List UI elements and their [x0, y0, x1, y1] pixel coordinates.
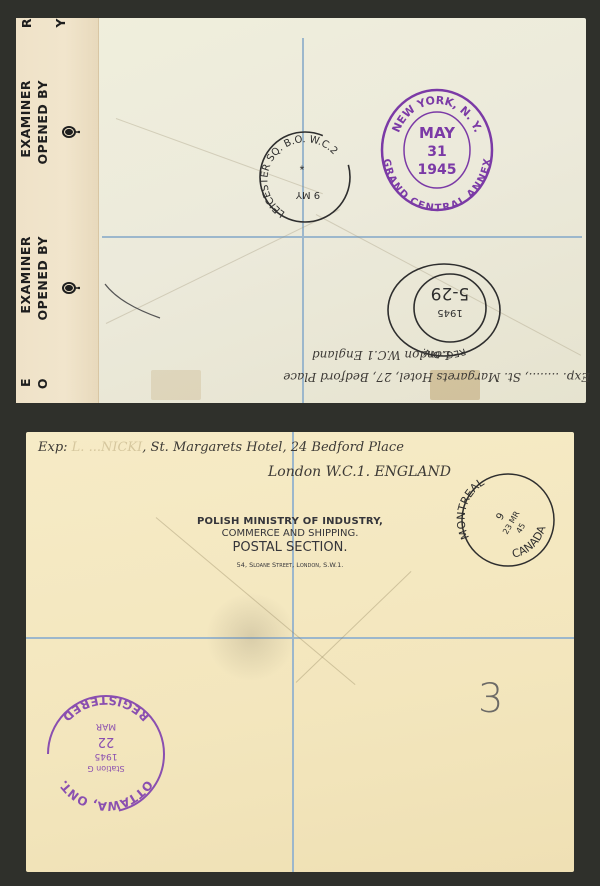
handwriting-line1: Exp. ........, St. Margarets Hotel, 27, …: [283, 370, 590, 384]
svg-text:REGISTERED: REGISTERED: [60, 693, 153, 724]
ministry-imprint: POLISH MINISTRY OF INDUSTRY, COMMERCE AN…: [170, 516, 410, 569]
pencil-number: 3: [478, 676, 503, 722]
censor-label-examiner: EXAMINER: [19, 80, 33, 158]
crown-icon: [58, 120, 80, 142]
svg-text:MONTREAL: MONTREAL: [455, 475, 488, 541]
postmark-ottawa-registered: OTTAWA, ONT. REGISTERED Station G 1945 2…: [44, 692, 168, 816]
censor-fragment: O: [36, 378, 50, 389]
sender-line1: , St. Margarets Hotel, 24 Bedford Place: [142, 440, 404, 455]
flap-shadow: [206, 592, 296, 682]
crown-icon: [58, 276, 80, 298]
ottawa-arc2: REGISTERED: [60, 693, 153, 724]
brooklyn-year: 1945: [437, 307, 462, 318]
pencil-mark: [100, 274, 170, 324]
ottawa-station: Station G: [87, 764, 124, 773]
ny-day: 31: [427, 144, 446, 160]
handwritten-return-address-top: Exp. ........, St. Margarets Hotel, 27, …: [90, 340, 540, 384]
censor-fragment: E: [19, 378, 33, 387]
ny-year: 1945: [418, 162, 457, 178]
censor-label-examiner: EXAMINER: [19, 236, 33, 314]
sender-handwriting-line2: London W.C.1. ENGLAND: [268, 464, 451, 480]
imprint-line3: POSTAL SECTION.: [170, 540, 410, 555]
montreal-arc: MONTREAL: [455, 475, 488, 541]
sender-prefix: Exp:: [38, 440, 68, 455]
montreal-hour: 9: [495, 511, 508, 522]
leicester-star: *: [300, 163, 305, 177]
imprint-line2: COMMERCE AND SHIPPING.: [170, 528, 410, 539]
svg-text:OTTAWA, ONT.: OTTAWA, ONT.: [56, 778, 155, 814]
imprint-line4: 54, Sloane Street, London, S.W.1.: [170, 561, 410, 569]
montreal-year: 45: [514, 522, 527, 535]
ottawa-day: 22: [98, 734, 115, 749]
ottawa-year: 1945: [95, 751, 118, 761]
handwriting-line2: London W.C.1 England: [312, 348, 450, 362]
postmark-new-york: NEW YORK, N. Y. GRAND CENTRAL ANNEX MAY …: [380, 88, 494, 212]
sender-name-faded: L. ...NICKI: [72, 440, 143, 455]
imprint-line1: POLISH MINISTRY OF INDUSTRY,: [170, 516, 410, 527]
censor-label-opened-by: OPENED BY: [36, 236, 50, 320]
ottawa-month: MAR: [96, 721, 116, 731]
postmark-montreal: MONTREAL CANADA 9 23 MR 45: [460, 472, 556, 568]
leicester-date: 9 MY: [295, 189, 320, 200]
brooklyn-date: 5-29: [431, 283, 470, 303]
ny-month: MAY: [419, 124, 456, 142]
ottawa-arc: OTTAWA, ONT.: [56, 778, 155, 814]
censor-fragment: R: [20, 18, 34, 28]
censor-fragment: Y: [54, 18, 68, 28]
flap-fold: [296, 571, 412, 683]
censor-label-opened-by: OPENED BY: [36, 80, 50, 164]
censor-tape: Y R OPENED BY EXAMINER OPENED BY EXAMINE…: [16, 18, 99, 403]
sender-handwriting: Exp: L. ...NICKI, St. Margarets Hotel, 2…: [38, 440, 404, 455]
registration-line-horizontal: [102, 236, 582, 238]
postmark-leicester-sq: LEICESTER SQ. B.O. W.C.2 * 9 MY: [258, 130, 352, 224]
